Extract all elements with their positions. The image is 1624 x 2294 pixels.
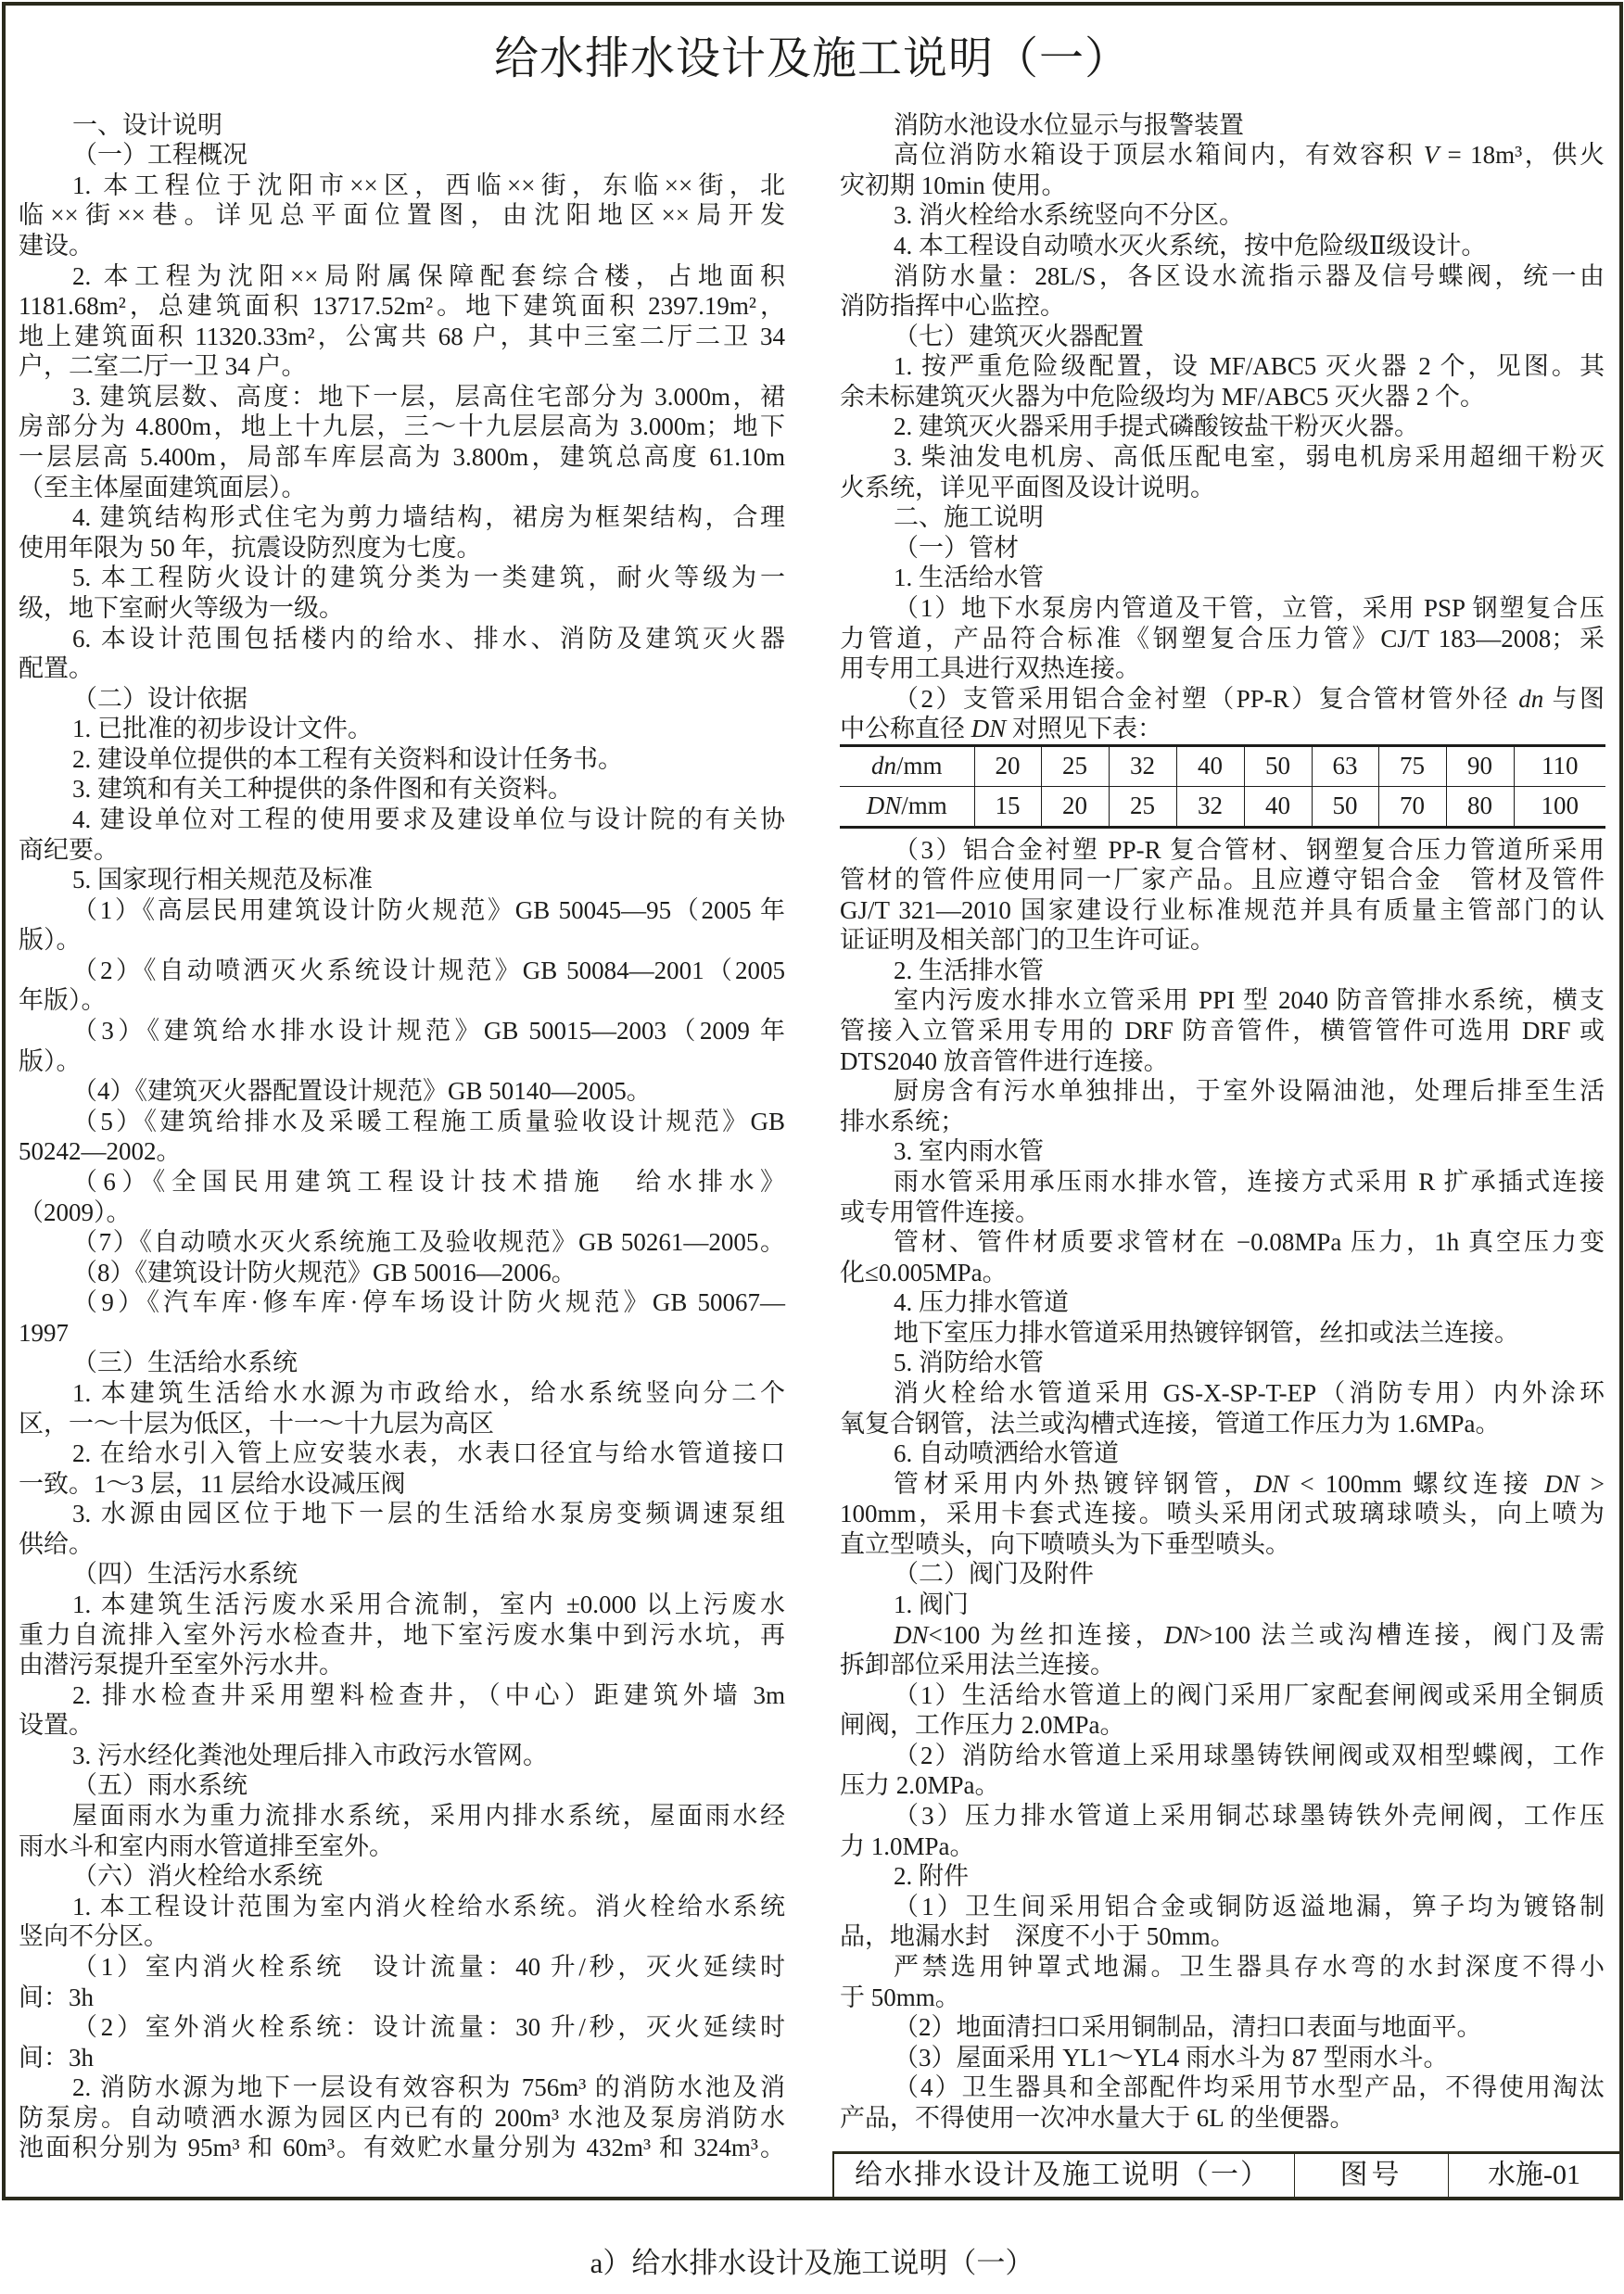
text-line: 池面积分别为 95m³ 和 60m³。有效贮水量分别为 432m³ 和 324m… xyxy=(19,2133,785,2163)
subsection-heading: （七）建筑灭火器配置 xyxy=(840,322,1605,352)
text-line: 管材的管件应使用同一厂家产品。且应遵守铝合金 管材及管件 xyxy=(840,865,1605,895)
text-line: 产品，不得使用一次冲水量大于 6L 的坐便器。 xyxy=(840,2103,1605,2134)
item-heading: 2. 生活排水管 xyxy=(840,956,1605,986)
text-line: 4. 建设单位对工程的使用要求及建设单位与设计院的有关协 xyxy=(19,805,785,835)
table-cell: 63 xyxy=(1312,745,1378,786)
text-line: 临××街××巷。详见总平面位置图，由沈阳地区××局开发 xyxy=(19,200,785,231)
section-heading: 二、施工说明 xyxy=(840,502,1605,533)
text-line: GJ/T 321—2010 国家建设行业标准规范并具有质量主管部门的认 xyxy=(840,895,1605,926)
table-cell: 32 xyxy=(1109,745,1176,786)
subsection-heading: （四）生活污水系统 xyxy=(19,1559,785,1590)
text-segment: <100 为丝扣连接， xyxy=(929,1621,1164,1649)
text-line: 3. 污水经化粪池处理后排入市政污水管网。 xyxy=(19,1741,785,1771)
text-line: 2. 消防水源为地下一层设有效容积为 756m³ 的消防水池及消 xyxy=(19,2072,785,2103)
text-line: 2. 排水检查井采用塑料检查井，（中心）距建筑外墙 3m xyxy=(19,1680,785,1711)
text-line: 3. 柴油发电机房、高低压配电室，弱电机房采用超细干粉灭 xyxy=(840,442,1605,473)
standard-reference-line: （2）《自动喷洒灭火系统设计规范》GB 50084—2001（2005 xyxy=(19,956,785,986)
table-row: dn/mm 20 25 32 40 50 63 75 90 110 xyxy=(840,745,1605,786)
subsection-heading: （一）管材 xyxy=(840,533,1605,564)
text-line: 建设。 xyxy=(19,231,785,261)
row-unit: /mm xyxy=(901,792,947,819)
text-segment: < 100mm 螺纹连接 xyxy=(1288,1470,1544,1498)
table-cell: 20 xyxy=(1041,786,1109,827)
text-line: 6. 本设计范围包括楼内的给水、排水、消防及建筑灭火器 xyxy=(19,624,785,654)
text-line: 一层层高 5.400m，局部车库层高为 3.800m，建筑总高度 61.10m xyxy=(19,442,785,473)
text-segment: 管材采用内外热镀锌钢管， xyxy=(894,1470,1254,1498)
nominal-diameter-variable: DN xyxy=(1254,1470,1289,1498)
text-line: 1. 本工程设计范围为室内消火栓给水系统。消火栓给水系统 xyxy=(19,1892,785,1922)
text-line: 房部分为 4.800m，地上十九层，三～十九层层高为 3.000m；地下 xyxy=(19,412,785,442)
text-line: （3）压力排水管道上采用铜芯球墨铸铁外壳闸阀，工作压 xyxy=(840,1801,1605,1831)
text-line: （至主体屋面建筑面层）。 xyxy=(19,473,785,503)
pipe-diameter-table-block: dn/mm 20 25 32 40 50 63 75 90 110 DN/mm … xyxy=(840,744,1605,835)
standard-reference-line: （5）《建筑给排水及采暖工程施工质量验收设计规范》GB xyxy=(19,1107,785,1137)
text-line: 灾初期 10min 使用。 xyxy=(840,171,1605,201)
text-line: 年版）。 xyxy=(19,985,785,1016)
outer-diameter-variable: dn xyxy=(1518,685,1543,713)
table-cell: 20 xyxy=(974,745,1041,786)
text-line: 屋面雨水为重力流排水系统，采用内排水系统，屋面雨水经 xyxy=(19,1801,785,1831)
text-line: 供给。 xyxy=(19,1529,785,1560)
text-line: 区，一～十层为低区，十一～十九层为高区 xyxy=(19,1409,785,1439)
nominal-diameter-variable: DN xyxy=(894,1621,929,1649)
text-line: 闸阀，工作压力 2.0MPa。 xyxy=(840,1710,1605,1741)
figure-caption: a）给水排水设计及施工说明（一） xyxy=(0,2245,1624,2282)
text-segment: 与图 xyxy=(1543,685,1605,713)
text-line: （3）铝合金衬塑 PP-R 复合管材、钢塑复合压力管道所采用 xyxy=(840,835,1605,866)
text-line: 厨房含有污水单独排出，于室外设隔油池，处理后排至生活 xyxy=(840,1076,1605,1107)
text-line: 排水系统； xyxy=(840,1107,1605,1137)
right-column: 消防水池设水位显示与报警装置 高位消防水箱设于顶层水箱间内，有效容积 V = 1… xyxy=(840,110,1605,2134)
standard-reference-line: （1）《高层民用建筑设计防火规范》GB 50045—95（2005 年 xyxy=(19,895,785,926)
text-segment: >100 法兰或沟槽连接，阀门及需 xyxy=(1199,1621,1605,1649)
table-row: DN/mm 15 20 25 32 40 50 70 80 100 xyxy=(840,786,1605,827)
table-cell: 40 xyxy=(1244,786,1312,827)
row-variable: DN xyxy=(867,792,902,819)
drawing-number-label: 图号 xyxy=(1294,2154,1448,2197)
table-cell: 100 xyxy=(1514,786,1605,827)
text-line: 配置。 xyxy=(19,653,785,684)
text-line: 1997 xyxy=(19,1318,785,1349)
text-line: 品，地漏水封 深度不小于 50mm。 xyxy=(840,1921,1605,1952)
nominal-diameter-variable: DN xyxy=(971,715,1007,742)
text-line: （3）屋面采用 YL1～YL4 雨水斗为 87 型雨水斗。 xyxy=(840,2043,1605,2073)
text-line: 直立型喷头，向下喷喷头为下垂型喷头。 xyxy=(840,1529,1605,1560)
text-line: 于 50mm。 xyxy=(840,1983,1605,2013)
standard-reference-line: （7）《自动喷水灭火系统施工及验收规范》GB 50261—2005。 xyxy=(19,1227,785,1258)
text-line: 火系统，详见平面图及设计说明。 xyxy=(840,473,1605,503)
text-line: 3. 消火栓给水系统竖向不分区。 xyxy=(840,200,1605,231)
text-line: （1）卫生间采用铝合金或铜防返溢地漏，箅子均为镀铬制 xyxy=(840,1892,1605,1922)
table-cell: 25 xyxy=(1041,745,1109,786)
item-heading: 1. 阀门 xyxy=(840,1590,1605,1620)
table-cell: 40 xyxy=(1176,745,1244,786)
text-line: （1）生活给水管道上的阀门采用厂家配套闸阀或采用全铜质 xyxy=(840,1680,1605,1711)
row-unit: /mm xyxy=(896,752,943,779)
text-line: 管接入立管采用专用的 DRF 防音管件，横管管件可选用 DRF 或 xyxy=(840,1016,1605,1046)
text-line: 3. 建筑层数、高度：地下一层，层高住宅部分为 3.000m，裙 xyxy=(19,382,785,412)
text-segment: > xyxy=(1580,1470,1605,1498)
text-line: 地下室压力排水管道采用热镀锌钢管，丝扣或法兰连接。 xyxy=(840,1318,1605,1349)
text-line: （2009）。 xyxy=(19,1198,785,1228)
text-line: 重力自流排入室外污水检查井，地下室污废水集中到污水坑，再 xyxy=(19,1620,785,1651)
text-line: 2. 在给水引入管上应安装水表，水表口径宜与给水管道接口 xyxy=(19,1439,785,1469)
text-line: 化≤0.005MPa。 xyxy=(840,1258,1605,1288)
table-cell: 75 xyxy=(1378,745,1446,786)
text-line: 使用年限为 50 年，抗震设防烈度为七度。 xyxy=(19,533,785,564)
text-line: 1. 已批准的初步设计文件。 xyxy=(19,714,785,744)
row-variable: dn xyxy=(871,752,896,779)
table-cell: 110 xyxy=(1514,745,1605,786)
text-segment: 高位消防水箱设于顶层水箱间内，有效容积 xyxy=(894,141,1424,169)
text-line: 3. 建筑和有关工种提供的条件图和有关资料。 xyxy=(19,774,785,805)
subsection-heading: （一）工程概况 xyxy=(19,140,785,171)
text-line: 室内污废水排水立管采用 PPI 型 2040 防音管排水系统，横支 xyxy=(840,985,1605,1016)
standard-reference-line: （3）《建筑给水排水设计规范》GB 50015—2003（2009 年 xyxy=(19,1016,785,1046)
text-line: 严禁选用钟罩式地漏。卫生器具存水弯的水封深度不得小 xyxy=(840,1952,1605,1983)
text-line: 设置。 xyxy=(19,1710,785,1741)
text-line: 地上建筑面积 11320.33m²，公寓共 68 户，其中三室二厅二卫 34 xyxy=(19,322,785,352)
text-line: （1）地下水泵房内管道及干管，立管，采用 PSP 钢塑复合压 xyxy=(840,593,1605,624)
table-cell: 90 xyxy=(1446,745,1514,786)
text-line: 防泵房。自动喷洒水源为园区内已有的 200m³ 水池及泵房消防水 xyxy=(19,2103,785,2134)
subsection-heading: （六）消火栓给水系统 xyxy=(19,1861,785,1892)
text-line: 5. 本工程防火设计的建筑分类为一类建筑，耐火等级为一 xyxy=(19,563,785,593)
text-line: 一致。1～3 层，11 层给水设减压阀 xyxy=(19,1469,785,1500)
standard-reference-line: （4）《建筑灭火器配置设计规范》GB 50140—2005。 xyxy=(19,1076,785,1107)
text-line: 2. 本工程为沈阳××局附属保障配套综合楼，占地面积 xyxy=(19,261,785,292)
text-line: 2. 建筑灭火器采用手提式磷酸铵盐干粉灭火器。 xyxy=(840,412,1605,442)
volume-variable: V xyxy=(1424,141,1440,169)
standard-reference-line: （6）《全国民用建筑工程设计技术措施 给水排水》 xyxy=(19,1167,785,1198)
text-line: 用专用工具进行双热连接。 xyxy=(840,653,1605,684)
text-line: （2）地面清扫口采用铜制品，清扫口表面与地面平。 xyxy=(840,2012,1605,2043)
text-line: 消火栓给水管道采用 GS-X-SP-T-EP（消防专用）内外涂环 xyxy=(840,1378,1605,1409)
row-header: dn/mm xyxy=(840,745,974,786)
text-line: 消防水池设水位显示与报警装置 xyxy=(840,110,1605,141)
item-heading: 5. 消防给水管 xyxy=(840,1348,1605,1378)
text-line: 消防水量：28L/S，各区设水流指示器及信号蝶阀，统一由 xyxy=(840,261,1605,292)
table-cell: 80 xyxy=(1446,786,1514,827)
text-line: 4. 建筑结构形式住宅为剪力墙结构，裙房为框架结构，合理 xyxy=(19,502,785,533)
subsection-heading: （三）生活给水系统 xyxy=(19,1348,785,1378)
table-cell: 70 xyxy=(1378,786,1446,827)
text-line: 中公称直径 DN 对照见下表： xyxy=(840,714,1605,744)
text-segment: 中公称直径 xyxy=(840,715,971,742)
subsection-heading: （五）雨水系统 xyxy=(19,1770,785,1801)
text-line: 1. 本工程位于沈阳市××区，西临××街，东临××街，北 xyxy=(19,171,785,201)
text-line: 管材采用内外热镀锌钢管，DN < 100mm 螺纹连接 DN > xyxy=(840,1469,1605,1500)
standard-reference-line: （9）《汽车库·修车库·停车场设计防火规范》GB 50067— xyxy=(19,1287,785,1318)
subsection-heading: （二）设计依据 xyxy=(19,684,785,715)
table-cell: 50 xyxy=(1244,745,1312,786)
text-line: 1. 按严重危险级配置，设 MF/ABC5 灭火器 2 个，见图。其 xyxy=(840,351,1605,382)
text-line: 100mm，采用卡套式连接。喷头采用闭式玻璃球喷头，向上喷为 xyxy=(840,1499,1605,1529)
text-line: 版）。 xyxy=(19,925,785,956)
row-header: DN/mm xyxy=(840,786,974,827)
item-heading: 4. 压力排水管道 xyxy=(840,1287,1605,1318)
text-line: 50242—2002。 xyxy=(19,1136,785,1167)
text-segment: （2）支管采用铝合金衬塑（PP-R）复合管材管外径 xyxy=(894,685,1518,713)
text-line: 竖向不分区。 xyxy=(19,1921,785,1952)
text-line: 高位消防水箱设于顶层水箱间内，有效容积 V = 18m³，供火 xyxy=(840,140,1605,171)
item-heading: 3. 室内雨水管 xyxy=(840,1136,1605,1167)
text-line: 间：3h xyxy=(19,2043,785,2073)
table-cell: 50 xyxy=(1312,786,1378,827)
table-cell: 15 xyxy=(974,786,1041,827)
text-line: 力管道，产品符合标准《钢塑复合压力管》CJ/T 183—2008；采 xyxy=(840,624,1605,654)
drawing-title: 给水排水设计及施工说明（一） xyxy=(834,2154,1294,2197)
text-line: 间：3h xyxy=(19,1983,785,2013)
text-line: 版）。 xyxy=(19,1046,785,1077)
text-line: （4）卫生器具和全部配件均采用节水型产品，不得使用淘汰 xyxy=(840,2072,1605,2103)
text-line: （2）消防给水管道上采用球墨铸铁闸阀或双相型蝶阀，工作 xyxy=(840,1741,1605,1771)
title-block: 给水排水设计及施工说明（一） 图号 水施-01 xyxy=(832,2151,1619,2197)
text-segment: = 18m³，供火 xyxy=(1439,141,1605,169)
standard-reference-line: （8）《建筑设计防火规范》GB 50016—2006。 xyxy=(19,1258,785,1288)
item-heading: 2. 附件 xyxy=(840,1861,1605,1892)
text-line: 证证明及相关部门的卫生许可证。 xyxy=(840,925,1605,956)
text-line: 雨水管采用承压雨水排水管，连接方式采用 R 扩承插式连接 xyxy=(840,1167,1605,1198)
text-line: （2）支管采用铝合金衬塑（PP-R）复合管材管外径 dn 与图 xyxy=(840,684,1605,715)
drawing-number: 水施-01 xyxy=(1448,2154,1619,2197)
text-line: 3. 水源由园区位于地下一层的生活给水泵房变频调速泵组 xyxy=(19,1499,785,1529)
text-line: （1）室内消火栓系统 设计流量：40 升/秒，灭火延续时 xyxy=(19,1952,785,1983)
text-line: 雨水斗和室内雨水管道排至室外。 xyxy=(19,1831,785,1862)
nominal-diameter-variable: DN xyxy=(1164,1621,1199,1649)
text-line: 4. 本工程设自动喷水灭火系统，按中危险级Ⅱ级设计。 xyxy=(840,231,1605,261)
section-heading: 一、设计说明 xyxy=(19,110,785,141)
table-cell: 25 xyxy=(1109,786,1176,827)
text-line: 拆卸部位采用法兰连接。 xyxy=(840,1650,1605,1680)
text-line: 1. 本建筑生活给水水源为市政给水，给水系统竖向分二个 xyxy=(19,1378,785,1409)
text-line: 5. 国家现行相关规范及标准 xyxy=(19,865,785,895)
text-line: DTS2040 放音管件进行连接。 xyxy=(840,1046,1605,1077)
text-line: 1181.68m²，总建筑面积 13717.52m²。地下建筑面积 2397.1… xyxy=(19,291,785,322)
text-line: 消防指挥中心监控。 xyxy=(840,291,1605,322)
item-heading: 6. 自动喷洒给水管道 xyxy=(840,1439,1605,1469)
text-line: 户，二室二厅一卫 34 户。 xyxy=(19,351,785,382)
item-heading: 1. 生活给水管 xyxy=(840,563,1605,593)
text-line: 1. 本建筑生活污废水采用合流制，室内 ±0.000 以上污废水 xyxy=(19,1590,785,1620)
left-column: 一、设计说明 （一）工程概况 1. 本工程位于沈阳市××区，西临××街，东临××… xyxy=(19,110,785,2163)
text-line: 氧复合钢管，法兰或沟槽式连接，管道工作压力为 1.6MPa。 xyxy=(840,1409,1605,1439)
text-line: 2. 建设单位提供的本工程有关资料和设计任务书。 xyxy=(19,744,785,775)
pipe-diameter-table: dn/mm 20 25 32 40 50 63 75 90 110 DN/mm … xyxy=(840,744,1605,829)
subsection-heading: （二）阀门及附件 xyxy=(840,1559,1605,1590)
text-line: （2）室外消火栓系统：设计流量：30 升/秒，灭火延续时 xyxy=(19,2012,785,2043)
text-line: 级，地下室耐火等级为一级。 xyxy=(19,593,785,624)
text-segment: 对照见下表： xyxy=(1006,715,1162,742)
table-cell: 32 xyxy=(1176,786,1244,827)
text-line: 管材、管件材质要求管材在 −0.08MPa 压力，1h 真空压力变 xyxy=(840,1227,1605,1258)
page-title: 给水排水设计及施工说明（一） xyxy=(0,32,1624,84)
text-line: 商纪要。 xyxy=(19,835,785,866)
nominal-diameter-variable: DN xyxy=(1544,1470,1580,1498)
text-line: 压力 2.0MPa。 xyxy=(840,1770,1605,1801)
text-line: DN<100 为丝扣连接，DN>100 法兰或沟槽连接，阀门及需 xyxy=(840,1620,1605,1651)
text-line: 由潜污泵提升至室外污水井。 xyxy=(19,1650,785,1680)
text-line: 力 1.0MPa。 xyxy=(840,1831,1605,1862)
text-line: 余未标建筑灭火器为中危险级均为 MF/ABC5 灭火器 2 个。 xyxy=(840,382,1605,412)
text-line: 或专用管件连接。 xyxy=(840,1198,1605,1228)
